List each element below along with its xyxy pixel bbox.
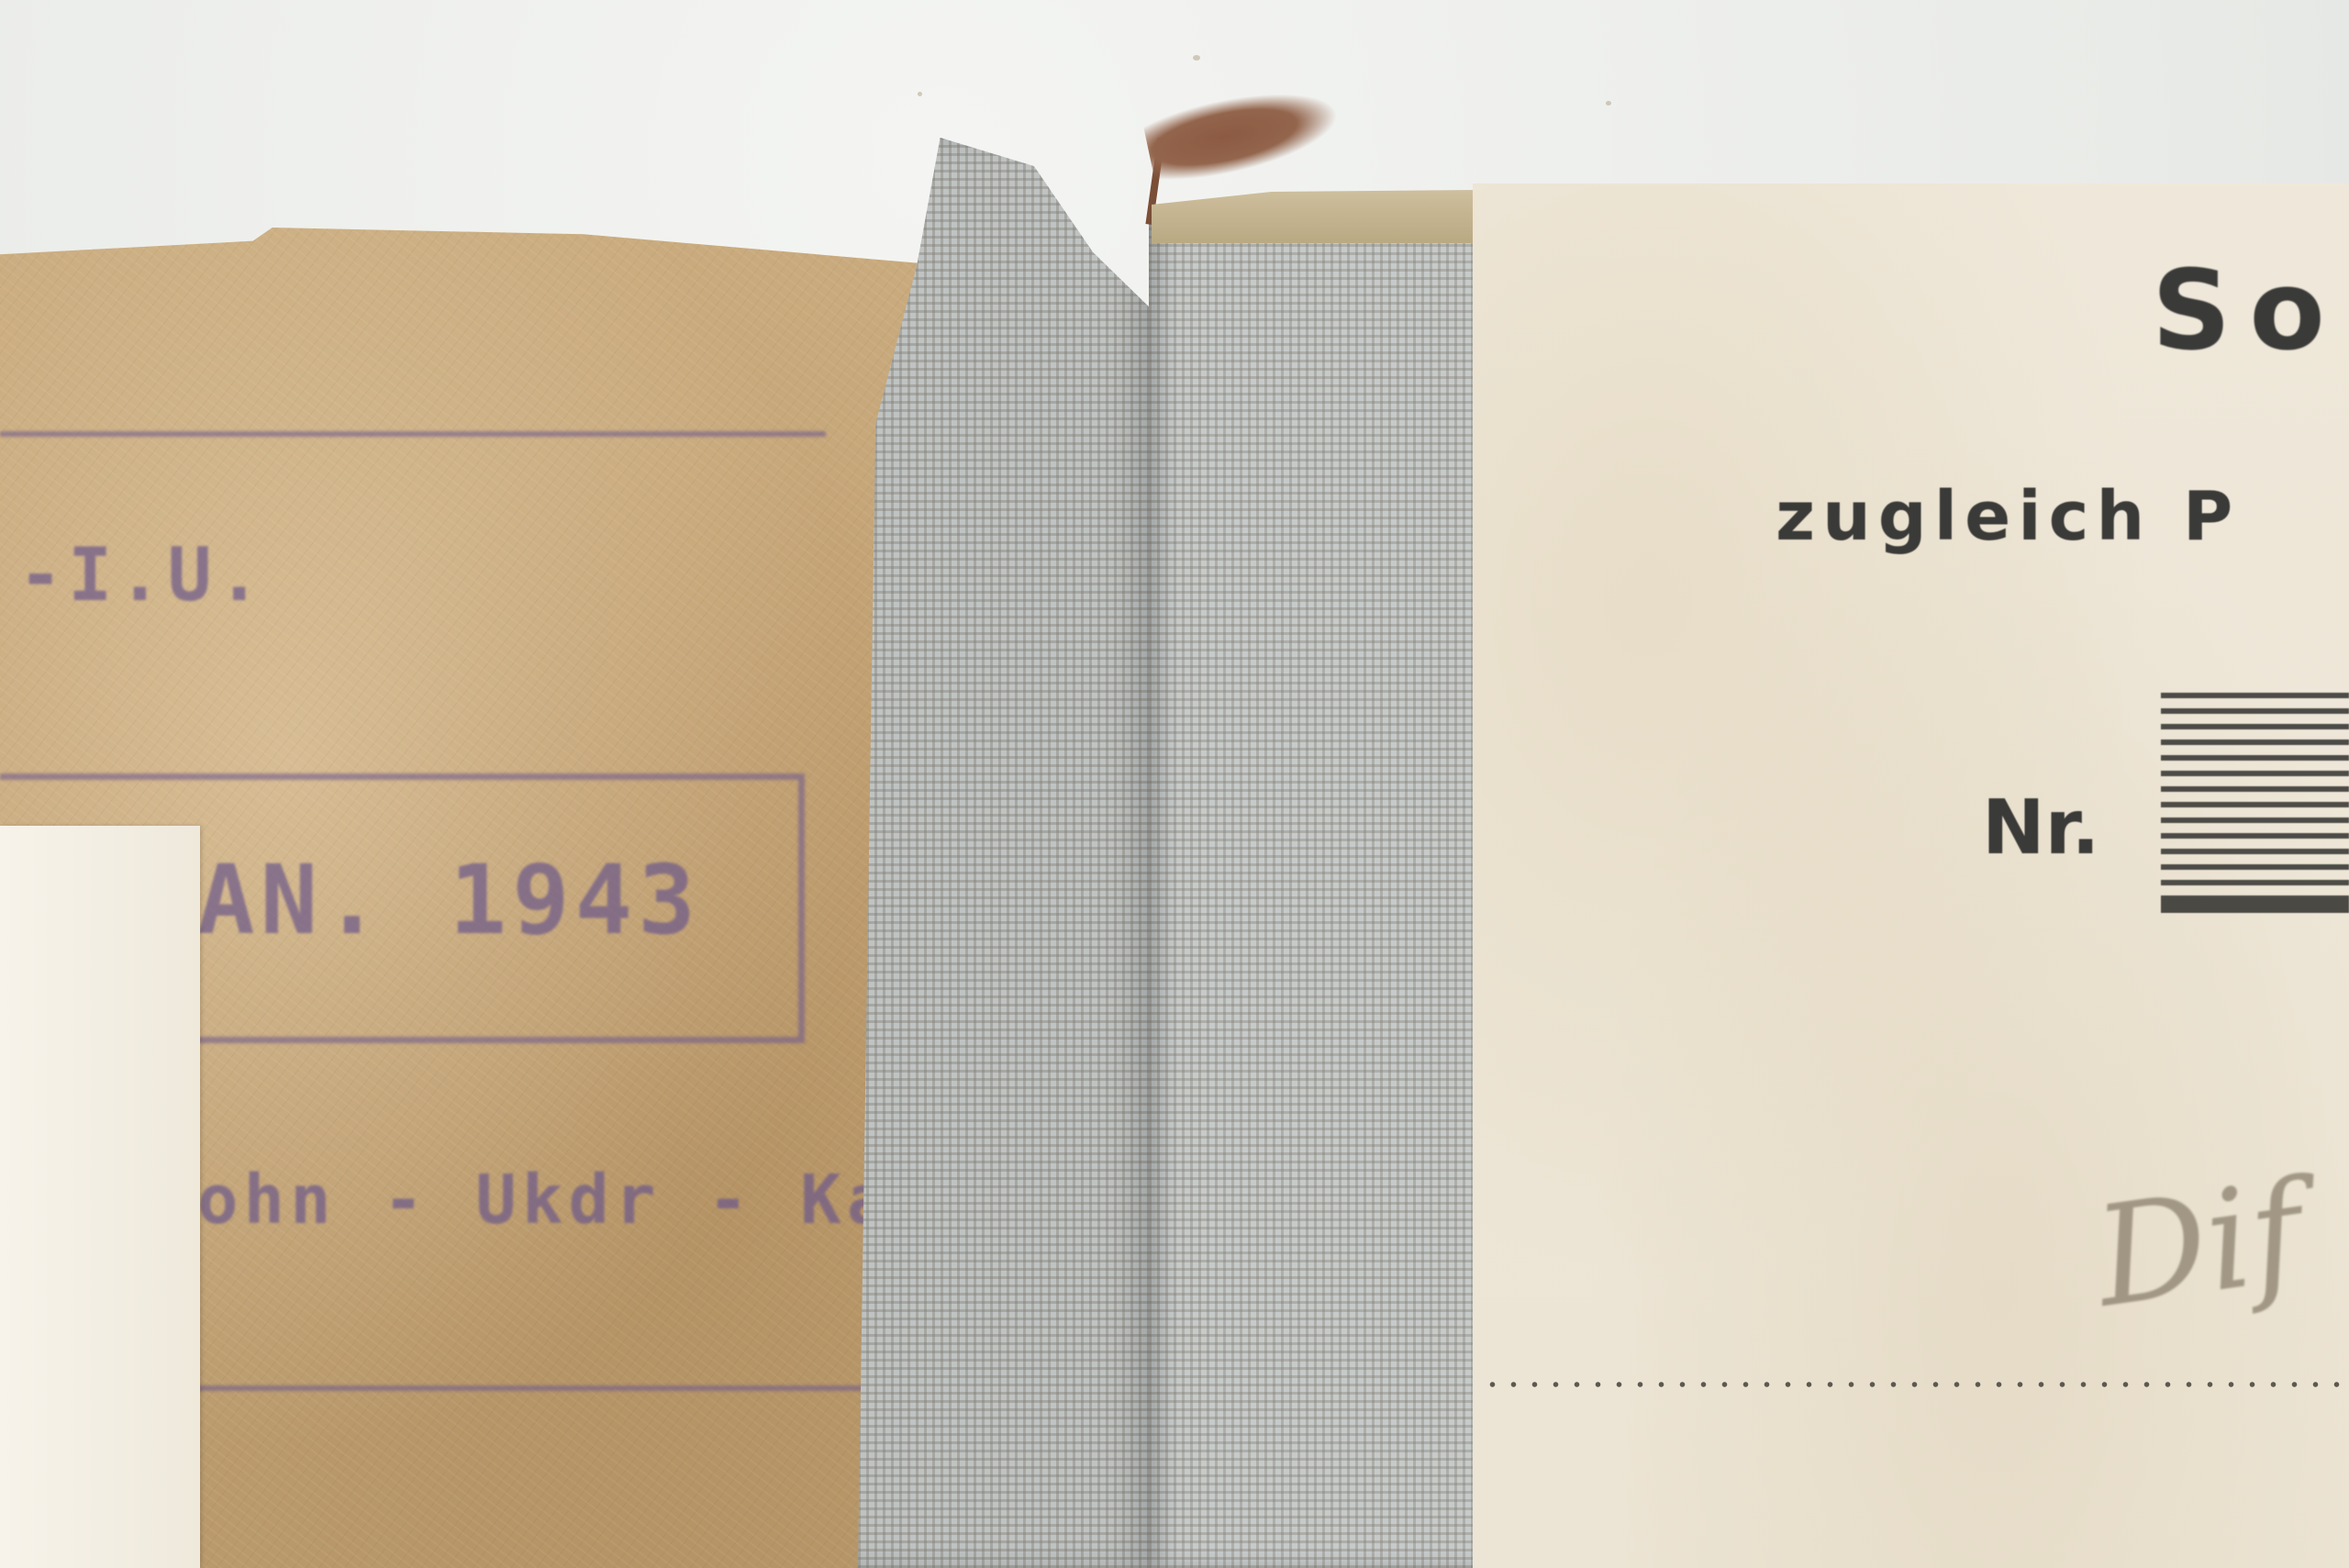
stamp-unit: ohn - Ukdr - Ka <box>197 1161 893 1240</box>
stamp-rule-top <box>0 431 826 437</box>
dust-speck <box>918 92 922 96</box>
photo-insert <box>0 826 200 1568</box>
stamp-line-1: -I.U. <box>18 532 267 617</box>
page-title: So <box>2152 248 2343 375</box>
linen-spine-right <box>1149 213 1484 1568</box>
stamp-rule-bottom <box>197 1385 876 1391</box>
dust-speck <box>1606 101 1611 106</box>
redacted-number-field <box>2161 693 2349 913</box>
stamp-date: AN. 1943 <box>197 844 701 956</box>
number-label: Nr. <box>1982 784 2100 872</box>
handwritten-signature: Dif <box>2087 1151 2312 1338</box>
dust-speck <box>1193 55 1200 61</box>
dotted-signature-line <box>1482 1381 2349 1388</box>
page-subtitle: zugleich P <box>1776 477 2240 556</box>
linen-spine-left <box>858 138 1152 1568</box>
